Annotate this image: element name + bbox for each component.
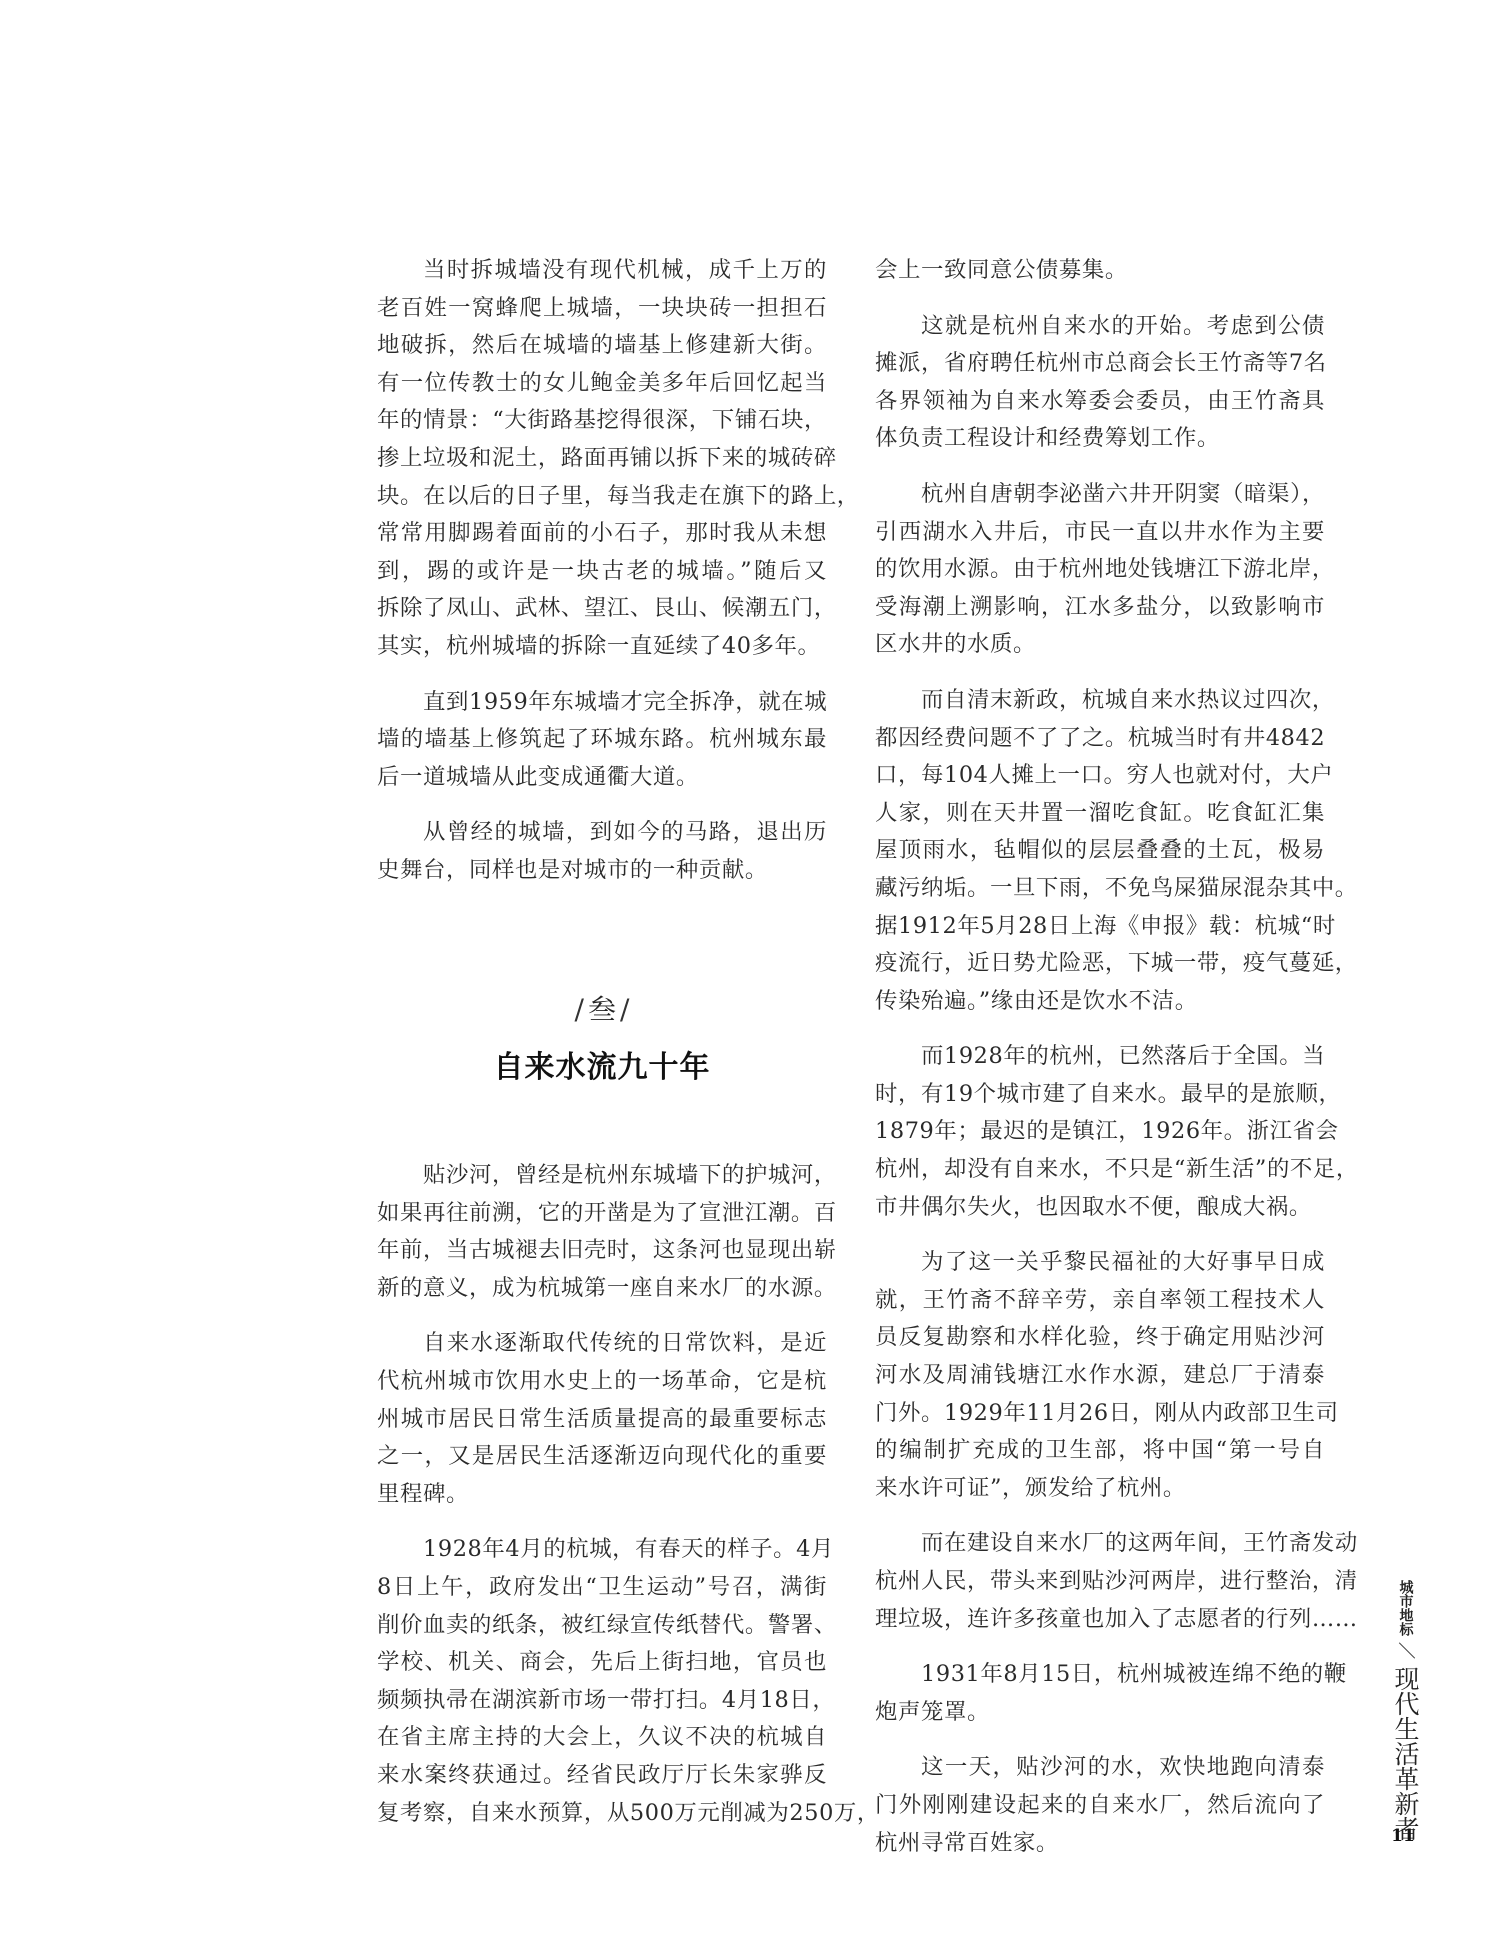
paragraph: 1931年8月15日，杭州城被连绵不绝的鞭 炮声笼罩。 [875,1656,1325,1731]
text-line: 从曾经的城墙，到如今的马路，退出历 [377,814,827,852]
paragraph: 杭州自唐朝李泌凿六井开阴窦（暗渠）， 引西湖水入井后，市民一直以井水作为主要 的… [875,476,1325,664]
text-line: 杭州寻常百姓家。 [875,1825,1325,1863]
paragraph: 直到1959年东城墙才完全拆净，就在城 墙的墙基上修筑起了环城东路。杭州城东最 … [377,684,827,797]
text-line: 拆除了凤山、武林、望江、艮山、候潮五门， [377,590,827,628]
paragraph: 自来水逐渐取代传统的日常饮料，是近 代杭州城市饮用水史上的一场革命，它是杭 州城… [377,1325,827,1513]
text-line: 屋顶雨水，毡帽似的层层叠叠的土瓦，极易 [875,832,1325,870]
text-line: 的饮用水源。由于杭州地处钱塘江下游北岸， [875,551,1325,589]
text-line: 1879年；最迟的是镇江，1926年。浙江省会 [875,1113,1325,1151]
text-line: 摊派，省府聘任杭州市总商会长王竹斋等7名 [875,345,1325,383]
text-line: 杭州自唐朝李泌凿六井开阴窦（暗渠）， [875,476,1325,514]
text-line: 疫流行，近日势尤险恶，下城一带，疫气蔓延， [875,945,1325,983]
text-line: 当时拆城墙没有现代机械，成千上万的 [377,252,827,290]
slash-divider-icon: / [571,993,588,1026]
text-line: 其实，杭州城墙的拆除一直延续了40多年。 [377,628,827,666]
text-line: 削价血卖的纸条，被红绿宣传纸替代。警署、 [377,1607,827,1645]
text-line: 杭州人民，带头来到贴沙河两岸，进行整治，清 [875,1563,1325,1601]
text-line: 的编制扩充成的卫生部，将中国“第一号自 [875,1432,1325,1470]
running-header-section: 城市地标 [1397,1580,1414,1636]
text-line: 都因经费问题不了了之。杭城当时有井4842 [875,720,1325,758]
text-line: 会上一致同意公债募集。 [875,252,1325,290]
text-line: 新的意义，成为杭城第一座自来水厂的水源。 [377,1270,827,1308]
text-line: 受海潮上溯影响，江水多盐分，以致影响市 [875,589,1325,627]
text-line: 贴沙河，曾经是杭州东城墙下的护城河， [377,1157,827,1195]
text-line: 门外。1929年11月26日，刚从内政部卫生司 [875,1395,1325,1433]
text-line: 门外刚刚建设起来的自来水厂，然后流向了 [875,1787,1325,1825]
text-line: 复考察，自来水预算，从500万元削减为250万， [377,1795,827,1833]
paragraph: 为了这一关乎黎民福祉的大好事早日成 就，王竹斋不辞辛劳，亲自率领工程技术人 员反… [875,1244,1325,1507]
text-line: 时，有19个城市建了自来水。最早的是旅顺， [875,1076,1325,1114]
text-line: 如果再往前溯，它的开凿是为了宣泄江潮。百 [377,1195,827,1233]
left-column: 当时拆城墙没有现代机械，成千上万的 老百姓一窝蜂爬上城墙，一块块砖一担担石 地破… [377,252,827,908]
text-line: 炮声笼罩。 [875,1694,1325,1732]
text-line: 常常用脚踢着面前的小石子，那时我从未想 [377,515,827,553]
text-line: 有一位传教士的女儿鲍金美多年后回忆起当 [377,365,827,403]
text-line: 之一，又是居民生活逐渐迈向现代化的重要 [377,1438,827,1476]
text-line: 掺上垃圾和泥土，路面再铺以拆下来的城砖碎 [377,440,827,478]
text-line: 地破拆，然后在城墙的墙基上修建新大街。 [377,327,827,365]
paragraph: 贴沙河，曾经是杭州东城墙下的护城河， 如果再往前溯，它的开凿是为了宣泄江潮。百 … [377,1157,827,1307]
text-line: 州城市居民日常生活质量提高的最重要标志 [377,1401,827,1439]
paragraph: 1928年4月的杭城，有春天的样子。4月 8日上午，政府发出“卫生运动”号召，满… [377,1531,827,1832]
text-line: 里程碑。 [377,1476,827,1514]
text-line: 据1912年5月28日上海《申报》载：杭城“时 [875,908,1325,946]
text-line: 人家，则在天井置一溜吃食缸。吃食缸汇集 [875,795,1325,833]
text-line: 传染殆遍。”缘由还是饮水不洁。 [875,983,1325,1021]
text-line: 杭州，却没有自来水，不只是“新生活”的不足， [875,1151,1325,1189]
section-number-text: 叁 [588,993,616,1026]
text-line: 这就是杭州自来水的开始。考虑到公债 [875,308,1325,346]
text-line: 来水案终获通过。经省民政厅厅长朱家骅反 [377,1757,827,1795]
text-line: 来水许可证”，颁发给了杭州。 [875,1470,1325,1508]
text-line: 到，踢的或许是一块古老的城墙。”随后又 [377,553,827,591]
slash-divider-icon [1394,1640,1416,1662]
paragraph: 从曾经的城墙，到如今的马路，退出历 史舞台，同样也是对城市的一种贡献。 [377,814,827,889]
paragraph: 这一天，贴沙河的水，欢快地跑向清泰 门外刚刚建设起来的自来水厂，然后流向了 杭州… [875,1749,1325,1862]
text-line: 而1928年的杭州，已然落后于全国。当 [875,1038,1325,1076]
text-line: 年前，当古城褪去旧壳时，这条河也显现出崭 [377,1232,827,1270]
text-line: 学校、机关、商会，先后上街扫地，官员也 [377,1644,827,1682]
text-line: 直到1959年东城墙才完全拆净，就在城 [377,684,827,722]
text-line: 年的情景：“大街路基挖得很深，下铺石块， [377,402,827,440]
text-line: 自来水逐渐取代传统的日常饮料，是近 [377,1325,827,1363]
text-line: 8日上午，政府发出“卫生运动”号召，满街 [377,1569,827,1607]
section-title: 自来水流九十年 [377,1048,827,1088]
text-line: 在省主席主持的大会上，久议不决的杭城自 [377,1719,827,1757]
text-line: 这一天，贴沙河的水，欢快地跑向清泰 [875,1749,1325,1787]
text-line: 体负责工程设计和经费筹划工作。 [875,420,1325,458]
text-line: 引西湖水入井后，市民一直以井水作为主要 [875,514,1325,552]
text-line: 1928年4月的杭城，有春天的样子。4月 [377,1531,827,1569]
running-header-title: 现代生活革新者 [1390,1666,1420,1841]
paragraph: 当时拆城墙没有现代机械，成千上万的 老百姓一窝蜂爬上城墙，一块块砖一担担石 地破… [377,252,827,666]
text-line: 市井偶尔失火，也因取水不便，酿成大祸。 [875,1189,1325,1227]
paragraph: 而1928年的杭州，已然落后于全国。当 时，有19个城市建了自来水。最早的是旅顺… [875,1038,1325,1226]
page-number: 11 [1381,1826,1425,1846]
text-line: 藏污纳垢。一旦下雨，不免鸟屎猫尿混杂其中。 [875,870,1325,908]
left-column-lower: 贴沙河，曾经是杭州东城墙下的护城河， 如果再往前溯，它的开凿是为了宣泄江潮。百 … [377,1157,827,1850]
text-line: 老百姓一窝蜂爬上城墙，一块块砖一担担石 [377,290,827,328]
text-line: 理垃圾，连许多孩童也加入了志愿者的行列…… [875,1601,1325,1639]
text-line: 频频执帚在湖滨新市场一带打扫。4月18日， [377,1682,827,1720]
text-line: 各界领袖为自来水筹委会委员，由王竹斋具 [875,383,1325,421]
right-column: 会上一致同意公债募集。 这就是杭州自来水的开始。考虑到公债 摊派，省府聘任杭州市… [875,252,1325,1880]
text-line: 口，每104人摊上一口。穷人也就对付，大户 [875,757,1325,795]
paragraph: 这就是杭州自来水的开始。考虑到公债 摊派，省府聘任杭州市总商会长王竹斋等7名 各… [875,308,1325,458]
slash-divider-icon: / [616,993,633,1026]
text-line: 区水井的水质。 [875,626,1325,664]
text-line: 而自清末新政，杭城自来水热议过四次， [875,682,1325,720]
text-line: 墙的墙基上修筑起了环城东路。杭州城东最 [377,721,827,759]
text-line: 就，王竹斋不辞辛劳，亲自率领工程技术人 [875,1282,1325,1320]
text-line: 员反复勘察和水样化验，终于确定用贴沙河 [875,1319,1325,1357]
text-line: 后一道城墙从此变成通衢大道。 [377,759,827,797]
paragraph: 而在建设自来水厂的这两年间，王竹斋发动 杭州人民，带头来到贴沙河两岸，进行整治，… [875,1525,1325,1638]
paragraph: 而自清末新政，杭城自来水热议过四次， 都因经费问题不了了之。杭城当时有井4842… [875,682,1325,1020]
text-line: 1931年8月15日，杭州城被连绵不绝的鞭 [875,1656,1325,1694]
section-number: /叁/ [377,990,827,1030]
section-heading: /叁/ 自来水流九十年 [377,990,827,1088]
running-header: 城市地标 现代生活革新者 [1385,1580,1425,1841]
text-line: 为了这一关乎黎民福祉的大好事早日成 [875,1244,1325,1282]
text-line: 块。在以后的日子里，每当我走在旗下的路上， [377,478,827,516]
text-line: 史舞台，同样也是对城市的一种贡献。 [377,852,827,890]
text-line: 河水及周浦钱塘江水作水源，建总厂于清泰 [875,1357,1325,1395]
paragraph-continuation: 会上一致同意公债募集。 [875,252,1325,290]
text-line: 代杭州城市饮用水史上的一场革命，它是杭 [377,1363,827,1401]
text-line: 而在建设自来水厂的这两年间，王竹斋发动 [875,1525,1325,1563]
